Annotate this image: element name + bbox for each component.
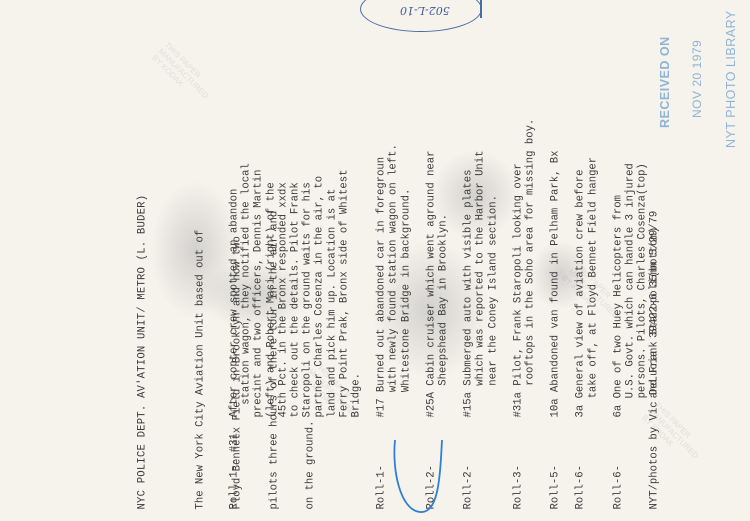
roll-label: Roll-1-	[375, 464, 387, 509]
caption-line: near the Coney Island section.	[487, 9, 499, 417]
caption-line: Ferry Point Prak, Bronx side of Whitest	[338, 9, 350, 417]
ink-curve	[390, 440, 460, 520]
caption-sheet: NYC POLICE DEPT. AV'ATION UNIT/ METRO (L…	[0, 0, 750, 521]
roll-caption: #25A Cabin cruiser which went aground ne…	[425, 9, 449, 417]
caption-line: land and pick him up. Location is at	[326, 9, 338, 417]
caption-line: #31a Pilot, Frank Staropoli looking over	[512, 9, 524, 417]
caption-line: 45th Pct. in the Bronx responded xxdx	[277, 9, 289, 417]
roll-entry: Roll 1-- #31After copter crew spotted an…	[228, 9, 362, 509]
caption-line: 10a Abandoned van found in Pelham Park, …	[549, 9, 561, 417]
caption-line: take off, at Floyd Bennet Field hanger	[587, 9, 599, 417]
caption-line: station wagon, they notified the local	[240, 9, 252, 417]
caption-line: partner Charles Cosenza in the air, to	[313, 9, 325, 417]
caption-line: Whitestone Bridge in background.	[400, 9, 412, 417]
caption-line: to check out the details. Pilot Frank	[289, 9, 301, 417]
caption-line: which was reported to the Harbor Unit	[474, 9, 486, 417]
roll-entry: Roll-2-#15a Submerged auto with visible …	[462, 9, 499, 509]
caption-line: U.S. Govt. which can handle 3 injured	[624, 9, 636, 417]
caption-line: #25A Cabin cruiser which went aground ne…	[425, 9, 437, 417]
roll-label: Roll-6-	[612, 464, 624, 509]
received-date-stamp: NOV 20 1979	[690, 40, 704, 118]
ink-mark	[480, 0, 482, 18]
roll-entry: Roll-1-#17 Burned out abandoned car in f…	[375, 9, 412, 509]
roll-label: Roll-2-	[462, 464, 474, 509]
caption-line: After copter crew spotted an abandon	[228, 9, 240, 417]
document-title: NYC POLICE DEPT. AV'ATION UNIT/ METRO (L…	[136, 9, 148, 509]
roll-entry: Roll-2-#25A Cabin cruiser which went agr…	[425, 9, 449, 509]
caption-line: Staropoli on the ground waits for his	[301, 9, 313, 417]
caption-line: (left) and Robert Masi (right) of the	[265, 9, 277, 417]
caption-line: 6a One of two Huey Helicopters from	[612, 9, 624, 417]
caption-line: Sheepshead Bay in Brooklyn.	[437, 9, 449, 417]
roll-entry: Roll-6-3a General view of aviation crew …	[574, 9, 598, 509]
handwritten-note: 502-L-10	[400, 4, 450, 17]
roll-label: Roll 1-- #31	[228, 433, 240, 509]
received-on-stamp: RECEIVED ON	[658, 36, 672, 128]
scanned-document: THIS PAPER MANUFACTURED BY KODAK THIS PA…	[0, 0, 750, 521]
roll-caption: 3a General view of aviation crew before …	[574, 9, 598, 417]
caption-line: #17 Burned out abandoned car in foregrou…	[375, 9, 387, 417]
caption-line: 3a General view of aviation crew before	[574, 9, 586, 417]
roll-entries: Roll 1-- #31After copter crew spotted an…	[228, 9, 674, 509]
roll-label: Roll-5-	[549, 464, 561, 509]
roll-entry: Roll-5-10a Abandoned van found in Pelham…	[549, 9, 561, 509]
caption-line: precint and two officers, Dennis Martin	[252, 9, 264, 417]
intro-line: The New York City Aviation Unit based ou…	[194, 9, 206, 509]
roll-entry: Roll-3-#31a Pilot, Frank Staropoli looki…	[512, 9, 536, 509]
roll-caption: After copter crew spotted an abandon sta…	[228, 9, 362, 417]
caption-line: rooftops in the Soho area for missing bo…	[524, 9, 536, 417]
photo-library-stamp: NYT PHOTO LIBRARY	[724, 10, 738, 148]
caption-line: Bridge.	[350, 9, 362, 417]
roll-label: Roll-6-	[574, 464, 586, 509]
roll-label: Roll-3-	[512, 464, 524, 509]
roll-caption: #15a Submerged auto with visible plates …	[462, 9, 499, 417]
caption-line: #15a Submerged auto with visible plates	[462, 9, 474, 417]
roll-caption: 10a Abandoned van found in Pelham Park, …	[549, 9, 561, 417]
caption-line: persons. Pilots, Charles Cosenza(top)	[636, 9, 648, 417]
roll-caption: #31a Pilot, Frank Staropoli looking over…	[512, 9, 536, 417]
roll-caption: #17 Burned out abandoned car in foregrou…	[375, 9, 412, 417]
caption-line: with newly found station wagon on left.	[387, 9, 399, 417]
